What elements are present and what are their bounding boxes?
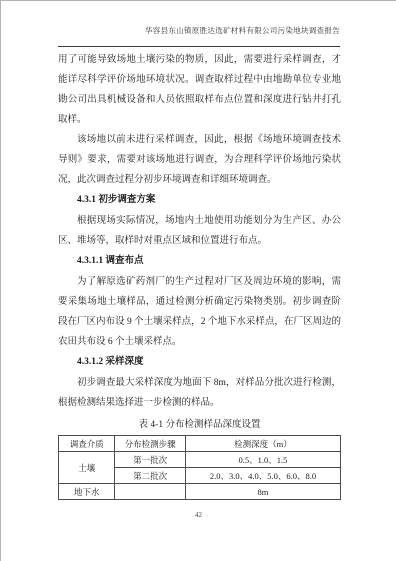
document-page: 华容县东山镇原胜达选矿材料有限公司污染地块调查报告 用了可能导致场地土壤污染的物… [0, 0, 396, 561]
table-header-row: 调查介质 分布检测步骤 检测深度（m） [59, 436, 341, 452]
cell-medium-groundwater: 地下水 [59, 484, 115, 500]
paragraph-zoning: 根据现场实际情况，场地内土地使用功能划分为生产区、办公区、堆场等，取样时对重点区… [58, 211, 341, 251]
header-divider [58, 46, 340, 47]
cell-batch-groundwater [115, 484, 186, 500]
section-heading-4311: 4.3.1.1 调查布点 [58, 251, 341, 272]
col-header-depth: 检测深度（m） [185, 436, 340, 452]
table-caption: 表 4-1 分布检测样品深度设置 [58, 418, 341, 433]
cell-depths-second: 2.0、3.0、4.0、5.0、6.0、8.0 [185, 468, 340, 484]
table-row: 地下水 8m [59, 484, 341, 500]
page-content: 用了可能导致场地土壤污染的物质，因此，需要进行采样调查，才能详尽科学评价场地环境… [58, 50, 341, 500]
cell-depth-groundwater: 8m [185, 484, 340, 500]
running-header-title: 华容县东山镇原胜达选矿材料有限公司污染地块调查报告 [58, 25, 340, 36]
cell-batch-first: 第一批次 [115, 452, 186, 468]
paragraph-continuation: 用了可能导致场地土壤污染的物质，因此，需要进行采样调查，才能详尽科学评价场地环境… [58, 50, 341, 130]
table-row: 土壤 第一批次 0.5、1.0、1.5 [59, 452, 341, 468]
paragraph-sampling-points: 为了解原选矿药剂厂的生产过程对厂区及周边环境的影响，需要采集场地土壤样品，通过检… [58, 272, 341, 352]
page-number: 42 [1, 511, 396, 519]
section-heading-431: 4.3.1 初步调查方案 [58, 190, 341, 211]
depth-settings-table: 调查介质 分布检测步骤 检测深度（m） 土壤 第一批次 0.5、1.0、1.5 … [58, 435, 341, 500]
cell-depths-first: 0.5、1.0、1.5 [185, 452, 340, 468]
section-heading-4312: 4.3.1.2 采样深度 [58, 352, 341, 373]
cell-batch-second: 第二批次 [115, 468, 186, 484]
col-header-medium: 调查介质 [59, 436, 115, 452]
cell-medium-soil: 土壤 [59, 452, 115, 484]
col-header-batch: 分布检测步骤 [115, 436, 186, 452]
paragraph-survey-basis: 该场地以前未进行采样调查，因此，根据《场地环境调查技术导则》要求，需要对该场地进… [58, 130, 341, 190]
paragraph-sampling-depth: 初步调查最大采样深度为地面下 8m，对样品分批次进行检测，根据检测结果选择进一步… [58, 373, 341, 413]
